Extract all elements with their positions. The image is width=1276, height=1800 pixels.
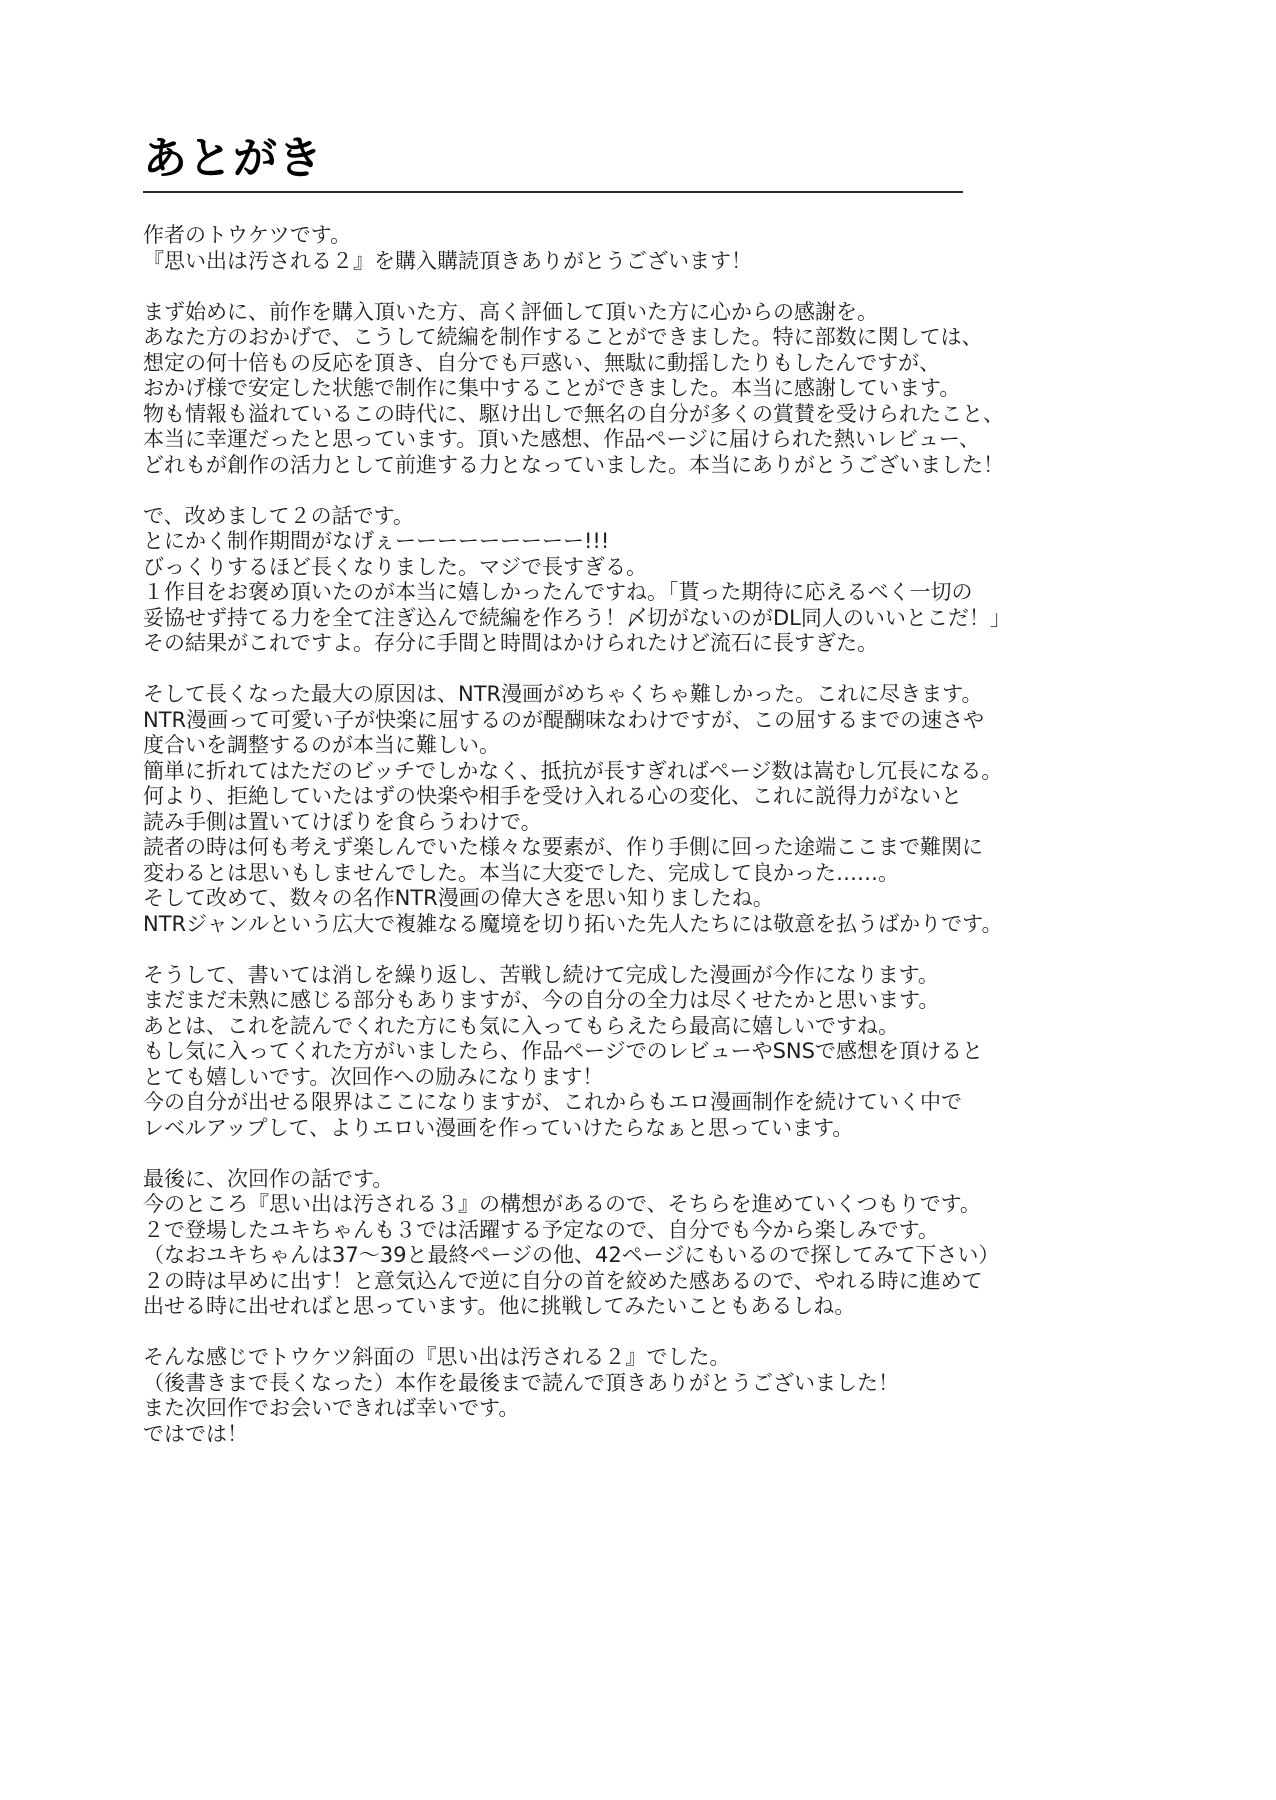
page-title: あとがき xyxy=(143,132,323,186)
afterword-body: 作者のトウケツです。 『思い出は汚される２』を購入購読頂きありがとうございます！… xyxy=(143,223,1143,1473)
text-line: どれもが創作の活力として前進する力となっていました。本当にありがとうございました… xyxy=(143,453,1143,479)
afterword-page: あとがき 作者のトウケツです。 『思い出は汚される２』を購入購読頂きありがとうご… xyxy=(0,0,1276,1800)
paragraph-completion: そうして、書いては消しを繰り返し、苦戦し続けて完成した漫画が今作になります。 ま… xyxy=(143,963,1143,1142)
paragraph-production-period: で、改めまして２の話です。 とにかく制作期間がなげぇーーーーーーーーー!!! び… xyxy=(143,504,1143,657)
text-line: レベルアップして、よりエロい漫画を作っていけたらなぁと思っています。 xyxy=(143,1116,1143,1142)
text-line: ２の時は早めに出す！と意気込んで逆に自分の首を絞めた感あるので、やれる時に進めて xyxy=(143,1269,1143,1295)
text-line: 作者のトウケツです。 xyxy=(143,223,1143,249)
text-line: NTRジャンルという広大で複雑なる魔境を切り拓いた先人たちには敬意を払うばかりで… xyxy=(143,912,1143,938)
text-line: 今のところ『思い出は汚される３』の構想があるので、そちらを進めていくつもりです。 xyxy=(143,1192,1143,1218)
text-line: 妥協せず持てる力を全て注ぎ込んで続編を作ろう！〆切がないのがDL同人のいいとこだ… xyxy=(143,606,1143,632)
text-line: あとは、これを読んでくれた方にも気に入ってもらえたら最高に嬉しいですね。 xyxy=(143,1014,1143,1040)
text-line: まず始めに、前作を購入頂いた方、高く評価して頂いた方に心からの感謝を。 xyxy=(143,300,1143,326)
text-line: で、改めまして２の話です。 xyxy=(143,504,1143,530)
text-line: 最後に、次回作の話です。 xyxy=(143,1167,1143,1193)
text-line: 簡単に折れてはただのビッチでしかなく、抵抗が長すぎればページ数は嵩むし冗長になる… xyxy=(143,759,1143,785)
text-line: そんな感じでトウケツ斜面の『思い出は汚される２』でした。 xyxy=(143,1345,1143,1371)
text-line: その結果がこれですよ。存分に手間と時間はかけられたけど流石に長すぎた。 xyxy=(143,631,1143,657)
paragraph-closing: そんな感じでトウケツ斜面の『思い出は汚される２』でした。 （後書きまで長くなった… xyxy=(143,1345,1143,1447)
text-line: （後書きまで長くなった）本作を最後まで読んで頂きありがとうございました！ xyxy=(143,1371,1143,1397)
text-line: 本当に幸運だったと思っています。頂いた感想、作品ページに届けられた熱いレビュー、 xyxy=(143,427,1143,453)
text-line: 度合いを調整するのが本当に難しい。 xyxy=(143,733,1143,759)
text-line: もし気に入ってくれた方がいましたら、作品ページでのレビューやSNSで感想を頂ける… xyxy=(143,1039,1143,1065)
text-line: まだまだ未熟に感じる部分もありますが、今の自分の全力は尽くせたかと思います。 xyxy=(143,988,1143,1014)
text-line: とても嬉しいです。次回作への励みになります！ xyxy=(143,1065,1143,1091)
text-line: そして改めて、数々の名作NTR漫画の偉大さを思い知りましたね。 xyxy=(143,886,1143,912)
text-line: おかげ様で安定した状態で制作に集中することができました。本当に感謝しています。 xyxy=(143,376,1143,402)
text-line: ２で登場したユキちゃんも３では活躍する予定なので、自分でも今から楽しみです。 xyxy=(143,1218,1143,1244)
text-line: １作目をお褒め頂いたのが本当に嬉しかったんですね。「貰った期待に応えるべく一切の xyxy=(143,580,1143,606)
text-line: 『思い出は汚される２』を購入購読頂きありがとうございます！ xyxy=(143,249,1143,275)
text-line: 出せる時に出せればと思っています。他に挑戦してみたいこともあるしね。 xyxy=(143,1294,1143,1320)
text-line: 読み手側は置いてけぼりを食らうわけで。 xyxy=(143,810,1143,836)
text-line: （なおユキちゃんは37～39と最終ページの他、42ページにもいるので探してみて下… xyxy=(143,1243,1143,1269)
text-line: 想定の何十倍もの反応を頂き、自分でも戸惑い、無駄に動揺したりもしたんですが、 xyxy=(143,351,1143,377)
text-line: あなた方のおかげで、こうして続編を制作することができました。特に部数に関しては、 xyxy=(143,325,1143,351)
text-line: 何より、拒絶していたはずの快楽や相手を受け入れる心の変化、これに説得力がないと xyxy=(143,784,1143,810)
text-line: また次回作でお会いできれば幸いです。 xyxy=(143,1396,1143,1422)
text-line: 物も情報も溢れているこの時代に、駆け出しで無名の自分が多くの賞賛を受けられたこと… xyxy=(143,402,1143,428)
text-line: NTR漫画って可愛い子が快楽に屈するのが醍醐味なわけですが、この屈するまでの速さ… xyxy=(143,708,1143,734)
paragraph-difficulty: そして長くなった最大の原因は、NTR漫画がめちゃくちゃ難しかった。これに尽きます… xyxy=(143,682,1143,937)
text-line: ではでは！ xyxy=(143,1422,1143,1448)
text-line: とにかく制作期間がなげぇーーーーーーーーー!!! xyxy=(143,529,1143,555)
text-line: 変わるとは思いもしませんでした。本当に大変でした、完成して良かった……。 xyxy=(143,861,1143,887)
paragraph-thanks: まず始めに、前作を購入頂いた方、高く評価して頂いた方に心からの感謝を。 あなた方… xyxy=(143,300,1143,479)
text-line: 今の自分が出せる限界はここになりますが、これからもエロ漫画制作を続けていく中で xyxy=(143,1090,1143,1116)
paragraph-next-work: 最後に、次回作の話です。 今のところ『思い出は汚される３』の構想があるので、そち… xyxy=(143,1167,1143,1320)
text-line: びっくりするほど長くなりました。マジで長すぎる。 xyxy=(143,555,1143,581)
text-line: そして長くなった最大の原因は、NTR漫画がめちゃくちゃ難しかった。これに尽きます… xyxy=(143,682,1143,708)
text-line: そうして、書いては消しを繰り返し、苦戦し続けて完成した漫画が今作になります。 xyxy=(143,963,1143,989)
paragraph-greeting: 作者のトウケツです。 『思い出は汚される２』を購入購読頂きありがとうございます！ xyxy=(143,223,1143,274)
title-underline-divider xyxy=(143,191,963,193)
text-line: 読者の時は何も考えず楽しんでいた様々な要素が、作り手側に回った途端ここまで難関に xyxy=(143,835,1143,861)
